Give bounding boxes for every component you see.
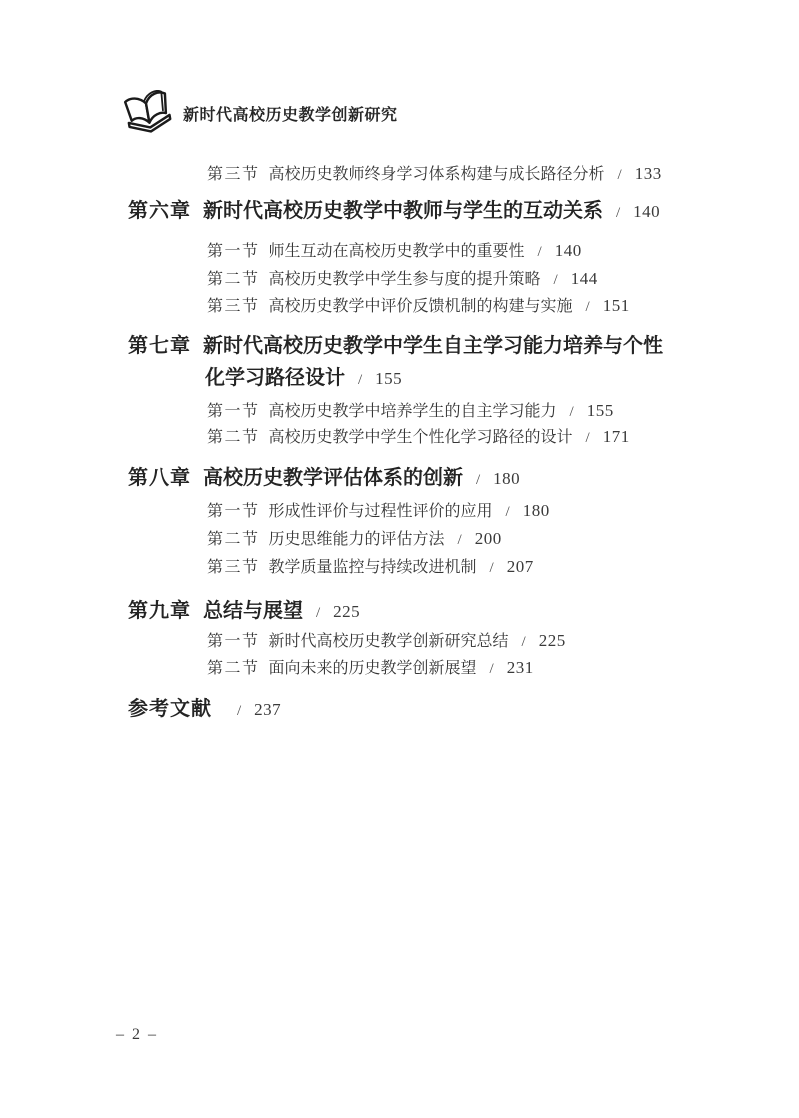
section-title: 师生互动在高校历史教学中的重要性 [269,243,525,260]
toc-entry-section: 第二节高校历史教学中学生参与度的提升策略/144 [207,266,598,292]
page-number: 144 [571,269,598,288]
page-separator: / [538,244,542,260]
toc-entry-chapter: 第六章新时代高校历史教学中教师与学生的互动关系/140 [128,196,660,226]
open-book-icon [122,90,174,136]
page-separator: / [458,532,462,548]
folio-page-number: – 2 – [116,1026,158,1044]
section-title: 高校历史教师终身学习体系构建与成长路径分析 [269,166,605,183]
page-separator: / [358,372,362,388]
section-label: 第二节 [207,531,260,548]
toc-entry-section: 第一节新时代高校历史教学创新研究总结/225 [207,628,566,654]
page-number: 225 [539,631,566,650]
section-title: 形成性评价与过程性评价的应用 [269,503,493,520]
page-number: 225 [333,602,360,621]
page-separator: / [554,272,558,288]
toc-entry-chapter: 第八章高校历史教学评估体系的创新/180 [128,463,520,493]
toc-entry-section: 第二节高校历史教学中学生个性化学习路径的设计/171 [207,424,630,450]
toc-entry-section: 第一节师生互动在高校历史教学中的重要性/140 [207,238,582,264]
page-number: 171 [603,427,630,446]
page-separator: / [586,299,590,315]
chapter-title: 总结与展望 [203,600,303,622]
section-label: 第一节 [207,503,260,520]
section-title: 新时代高校历史教学创新研究总结 [269,633,509,650]
section-title: 面向未来的历史教学创新展望 [269,660,477,677]
page-number: 133 [635,164,662,183]
toc-entry-chapter: 第七章新时代高校历史教学中学生自主学习能力培养与个性 [128,331,663,361]
chapter-label: 第八章 [128,467,191,489]
chapter-title-line1: 新时代高校历史教学中学生自主学习能力培养与个性 [203,335,663,357]
running-book-title: 新时代高校历史教学创新研究 [183,102,398,125]
page-number: 155 [375,369,402,388]
toc-entry-section: 第一节形成性评价与过程性评价的应用/180 [207,498,550,524]
section-title: 高校历史教学中学生个性化学习路径的设计 [269,429,573,446]
page-separator: / [490,560,494,576]
page-number: 200 [475,529,502,548]
section-title: 高校历史教学中培养学生的自主学习能力 [269,403,557,420]
section-label: 第二节 [207,271,260,288]
page-separator: / [490,661,494,677]
section-label: 第一节 [207,633,260,650]
page-number: 231 [507,658,534,677]
section-label: 第三节 [207,298,260,315]
page-separator: / [237,703,241,719]
page-separator: / [586,430,590,446]
page-separator: / [570,404,574,420]
section-title: 高校历史教学中评价反馈机制的构建与实施 [269,298,573,315]
page-number: 155 [587,401,614,420]
chapter-title-line2: 化学习路径设计 [205,367,345,389]
page-separator: / [476,472,480,488]
section-label: 第一节 [207,243,260,260]
document-page: 新时代高校历史教学创新研究 第三节高校历史教师终身学习体系构建与成长路径分析/1… [0,0,799,1118]
page-number: 140 [633,202,660,221]
page-number: 180 [523,501,550,520]
toc-entry-section: 第三节教学质量监控与持续改进机制/207 [207,554,534,580]
page-header: 新时代高校历史教学创新研究 [122,90,398,136]
section-title: 教学质量监控与持续改进机制 [269,559,477,576]
page-number: 207 [507,557,534,576]
chapter-title: 新时代高校历史教学中教师与学生的互动关系 [203,200,603,222]
backmatter-label: 参考文献 [128,698,212,720]
chapter-label: 第九章 [128,600,191,622]
toc-entry-section: 第三节高校历史教师终身学习体系构建与成长路径分析/133 [207,161,662,187]
toc-entry-section: 第一节高校历史教学中培养学生的自主学习能力/155 [207,398,614,424]
page-number: 180 [493,469,520,488]
section-label: 第一节 [207,403,260,420]
toc-entry-backmatter: 参考文献/237 [128,694,281,724]
section-title: 历史思维能力的评估方法 [269,531,445,548]
chapter-label: 第七章 [128,335,191,357]
page-separator: / [522,634,526,650]
section-title: 高校历史教学中学生参与度的提升策略 [269,271,541,288]
page-number: 151 [603,296,630,315]
toc-entry-chapter: 第九章总结与展望/225 [128,596,360,626]
section-label: 第二节 [207,429,260,446]
page-separator: / [618,167,622,183]
section-label: 第三节 [207,559,260,576]
section-label: 第二节 [207,660,260,677]
toc-entry-section: 第三节高校历史教学中评价反馈机制的构建与实施/151 [207,293,630,319]
page-separator: / [506,504,510,520]
chapter-title: 高校历史教学评估体系的创新 [203,467,463,489]
toc-entry-chapter-continuation: 化学习路径设计/155 [205,363,402,393]
page-separator: / [616,205,620,221]
chapter-label: 第六章 [128,200,191,222]
section-label: 第三节 [207,166,260,183]
toc-entry-section: 第二节历史思维能力的评估方法/200 [207,526,502,552]
page-number: 237 [254,700,281,719]
toc-entry-section: 第二节面向未来的历史教学创新展望/231 [207,655,534,681]
page-separator: / [316,605,320,621]
page-number: 140 [555,241,582,260]
